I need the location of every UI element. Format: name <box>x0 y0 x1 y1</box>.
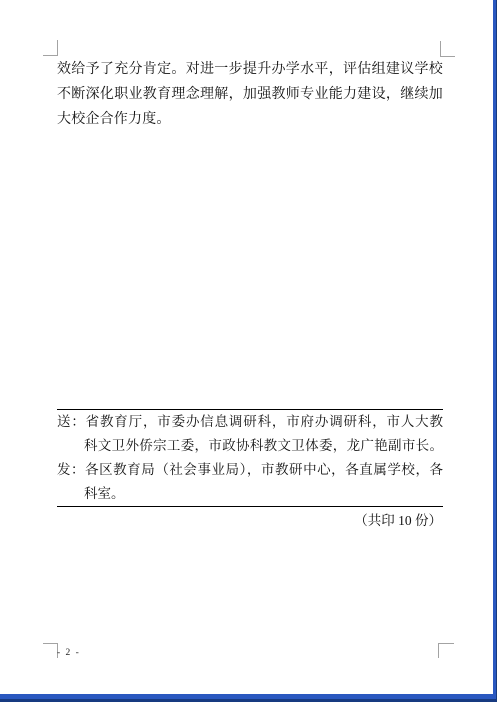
margin-crop-mark-top-left-horizontal <box>43 55 58 56</box>
distribution-issue-line: 科室。 <box>57 482 443 506</box>
page-border-right-shadow <box>496 0 497 700</box>
print-copies-note: （共印 10 份） <box>354 512 442 530</box>
body-paragraph-line: 大校企合作力度。 <box>57 107 443 132</box>
margin-crop-mark-top-right-vertical <box>440 41 441 57</box>
margin-crop-mark-top-left-vertical <box>57 40 58 56</box>
body-paragraph-line: 效给予了充分肯定。对进一步提升办学水平，评估组建议学校 <box>57 57 443 82</box>
document-page: 效给予了充分肯定。对进一步提升办学水平，评估组建议学校 不断深化职业教育理念理解… <box>0 0 499 705</box>
margin-crop-mark-bottom-right-vertical <box>438 643 439 658</box>
distribution-issue-line: 发：各区教育局（社会事业局），市教研中心，各直属学校，各 <box>57 458 443 482</box>
body-paragraph: 效给予了充分肯定。对进一步提升办学水平，评估组建议学校 不断深化职业教育理念理解… <box>57 57 443 132</box>
margin-crop-mark-bottom-left-horizontal <box>43 643 58 644</box>
page-border-bottom-shadow <box>0 699 497 702</box>
page-number: - 2 - <box>57 648 80 658</box>
distribution-send-line: 科文卫外侨宗工委，市政协科教文卫体委，龙广艳副市长。 <box>57 434 443 458</box>
margin-crop-mark-bottom-right-horizontal <box>438 643 454 644</box>
body-paragraph-line: 不断深化职业教育理念理解，加强教师专业能力建设，继续加 <box>57 82 443 107</box>
distribution-send-line: 送：省教育厅，市委办信息调研科，市府办调研科，市人大教 <box>57 410 443 434</box>
distribution-block: 送：省教育厅，市委办信息调研科，市府办调研科，市人大教 科文卫外侨宗工委，市政协… <box>57 409 443 507</box>
